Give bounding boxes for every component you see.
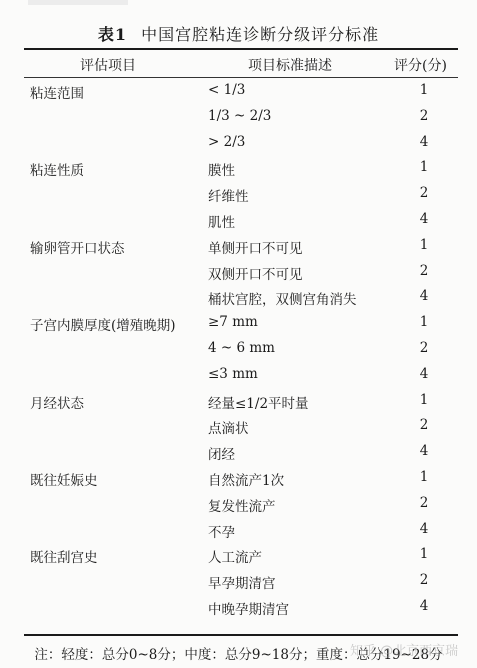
cell-desc: 膜性 (208, 159, 235, 179)
table-row: 子宫内膜厚度(增殖晚期)≥7 mm1 (0, 314, 477, 339)
table-row: 既往妊娠史自然流产1次1 (0, 469, 477, 494)
cell-item: 子宫内膜厚度(增殖晚期) (30, 314, 176, 334)
scan-artifact (28, 0, 128, 5)
cell-score: 2 (418, 108, 430, 124)
table-row: 纤维性2 (0, 185, 477, 210)
cell-desc: 不孕 (208, 521, 235, 541)
cell-score: 4 (418, 443, 430, 459)
table-row: 输卵管开口状态单侧开口不可见1 (0, 237, 477, 262)
top-rule (24, 48, 458, 50)
table-row: > 2/34 (0, 134, 477, 159)
cell-desc: 桶状宫腔，双侧宫角消失 (208, 288, 357, 308)
cell-score: 1 (418, 159, 430, 175)
table-row: 1/3 ~ 2/32 (0, 108, 477, 133)
table-row: 点滴状2 (0, 417, 477, 442)
table-row: 桶状宫腔，双侧宫角消失4 (0, 288, 477, 313)
cell-desc: > 2/3 (208, 134, 245, 150)
cell-score: 2 (418, 263, 430, 279)
table-row: 早孕期清宫2 (0, 572, 477, 597)
cell-score: 1 (418, 82, 430, 98)
cell-desc: 单侧开口不可见 (208, 237, 303, 257)
cell-score: 2 (418, 495, 430, 511)
table-row: 复发性流产2 (0, 495, 477, 520)
table-row: 月经状态经量≤1/2平时量1 (0, 392, 477, 417)
cell-item: 粘连范围 (30, 82, 84, 102)
cell-desc: 自然流产1次 (208, 469, 284, 489)
cell-desc: 双侧开口不可见 (208, 263, 303, 283)
table-title: 表1中国宫腔粘连诊断分级评分标准 (0, 22, 477, 45)
cell-score: 1 (418, 469, 430, 485)
table-row: 闭经4 (0, 443, 477, 468)
cell-score: 4 (418, 366, 430, 382)
table-row: 肌性4 (0, 211, 477, 236)
bottom-rule (24, 634, 458, 636)
cell-item: 月经状态 (30, 392, 84, 412)
cell-desc: 肌性 (208, 211, 235, 231)
cell-desc: 早孕期清宫 (208, 572, 276, 592)
table-title-text: 中国宫腔粘连诊断分级评分标准 (141, 25, 379, 44)
table-row: 中晚孕期清宫4 (0, 598, 477, 623)
table-row: 粘连性质膜性1 (0, 159, 477, 184)
header-score: 评分(分) (394, 55, 447, 75)
cell-score: 4 (418, 598, 430, 614)
table-row: ≤3 mm4 (0, 366, 477, 391)
table-number: 表1 (98, 25, 127, 44)
cell-desc: 复发性流产 (208, 495, 276, 515)
cell-desc: 人工流产 (208, 546, 262, 566)
cell-score: 1 (418, 314, 430, 330)
cell-score: 4 (418, 211, 430, 227)
cell-desc: 纤维性 (208, 185, 249, 205)
cell-score: 4 (418, 521, 430, 537)
cell-score: 4 (418, 288, 430, 304)
cell-item: 粘连性质 (30, 159, 84, 179)
cell-score: 1 (418, 237, 430, 253)
table-row: 不孕4 (0, 521, 477, 546)
cell-item: 输卵管开口状态 (30, 237, 125, 257)
header-rule (24, 77, 458, 78)
cell-score: 2 (418, 572, 430, 588)
watermark: 知乎 @北京西京瑞 (350, 640, 458, 659)
cell-desc: 点滴状 (208, 417, 249, 437)
cell-item: 既往刮宫史 (30, 546, 98, 566)
cell-desc: ≤3 mm (208, 366, 258, 382)
cell-score: 1 (418, 392, 430, 408)
cell-score: 4 (418, 134, 430, 150)
cell-score: 2 (418, 340, 430, 356)
cell-score: 2 (418, 417, 430, 433)
cell-desc: 经量≤1/2平时量 (208, 392, 309, 412)
table-row: 双侧开口不可见2 (0, 263, 477, 288)
cell-score: 1 (418, 546, 430, 562)
cell-desc: < 1/3 (208, 82, 245, 98)
cell-desc: 闭经 (208, 443, 235, 463)
cell-score: 2 (418, 185, 430, 201)
cell-desc: 4 ~ 6 mm (208, 340, 275, 356)
cell-desc: 1/3 ~ 2/3 (208, 108, 271, 124)
table-row: 既往刮宫史人工流产1 (0, 546, 477, 571)
cell-item: 既往妊娠史 (30, 469, 98, 489)
header-item: 评估项目 (80, 55, 136, 75)
table-row: 4 ~ 6 mm2 (0, 340, 477, 365)
header-desc: 项目标准描述 (248, 55, 332, 75)
table-row: 粘连范围< 1/31 (0, 82, 477, 107)
cell-desc: 中晚孕期清宫 (208, 598, 289, 618)
cell-desc: ≥7 mm (208, 314, 258, 330)
